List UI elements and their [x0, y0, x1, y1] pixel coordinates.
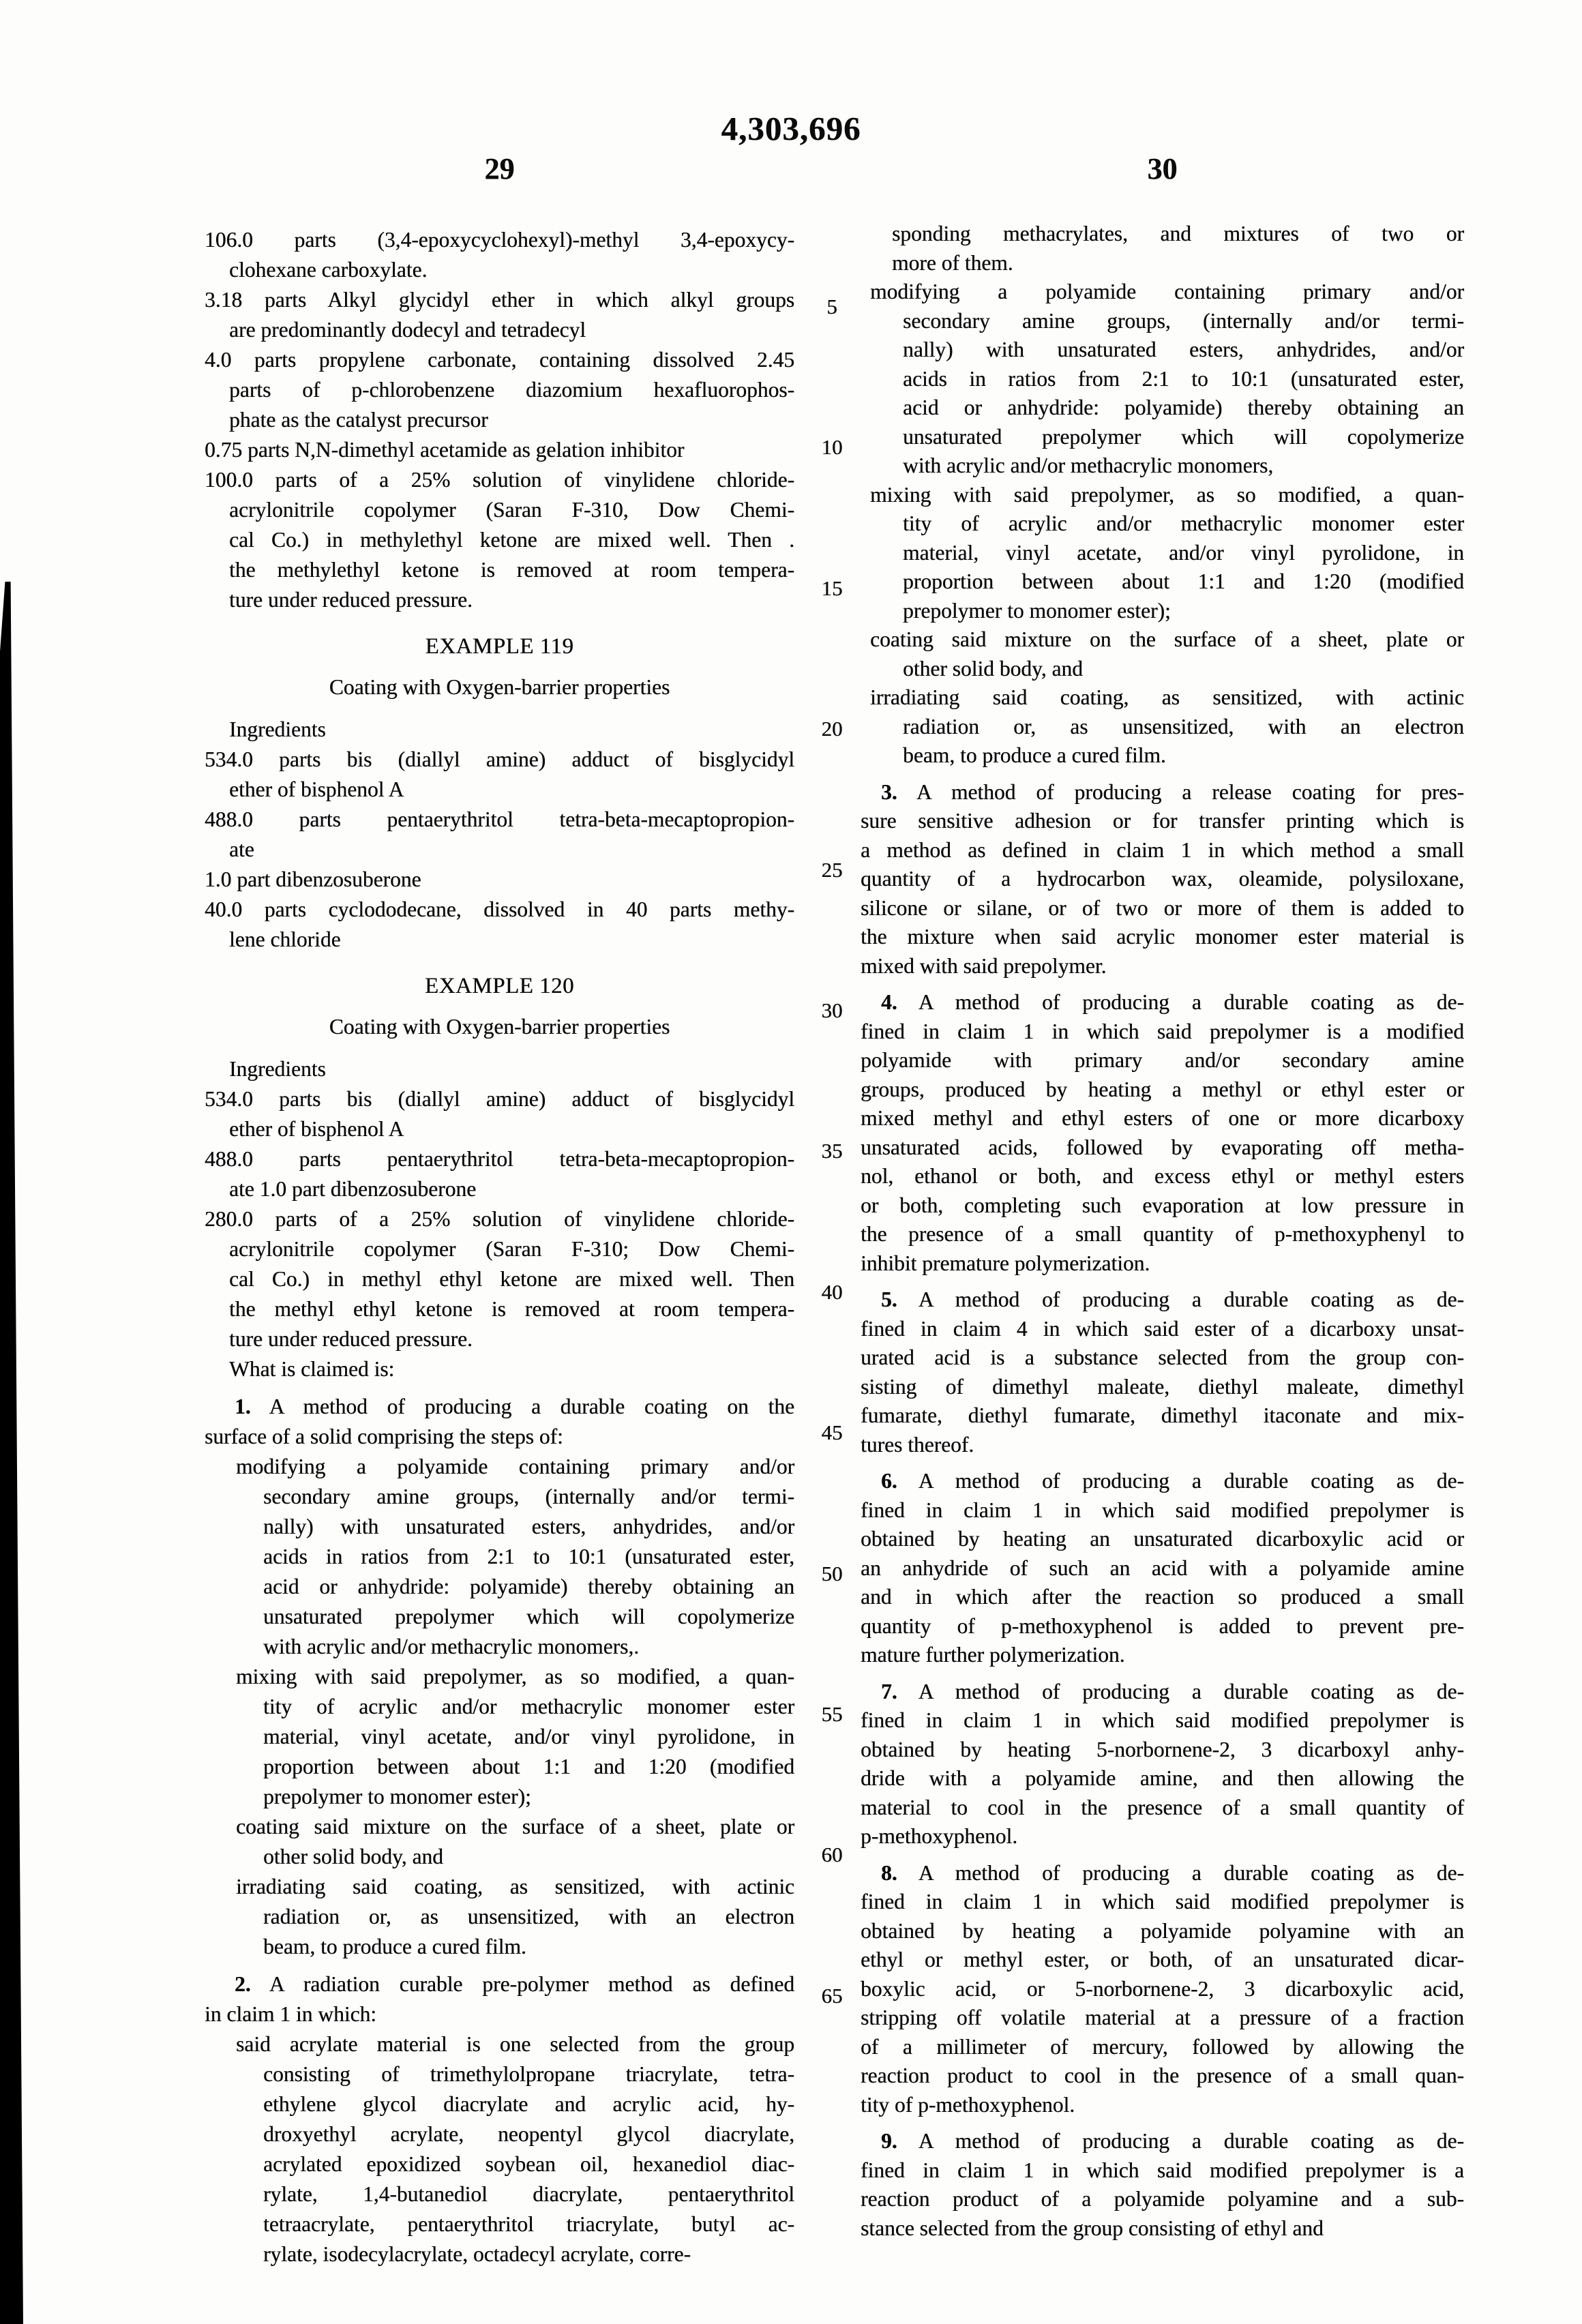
text-line: are predominantly dodecyl and tetradecyl [205, 315, 794, 345]
text-line: obtained by heating an unsaturated dicar… [861, 1525, 1464, 1554]
text-line: prepolymer to monomer ester); [236, 1782, 794, 1812]
text-line: Coating with Oxygen-barrier properties [205, 1012, 794, 1042]
text-line: acids in ratios from 2:1 to 10:1 (unsatu… [236, 1542, 794, 1572]
text-line: mature further polymerization. [861, 1641, 1464, 1670]
text-line: fined in claim 1 in which said modified … [861, 1888, 1464, 1917]
paragraph: irradiating said coating, as sensitized,… [870, 683, 1464, 771]
gutter-line-number: 5 [813, 295, 851, 319]
left-column: 106.0 parts (3,4-epoxycyclohexyl)-methyl… [205, 225, 794, 2269]
text-line: What is claimed is: [205, 1354, 794, 1384]
claim-number: 1. [235, 1395, 251, 1418]
text-line: irradiating said coating, as sensitized,… [236, 1872, 794, 1902]
text-line: lene chloride [205, 925, 794, 955]
text-line: prepolymer to monomer ester); [870, 597, 1464, 626]
text-line: silicone or silane, or of two or more of… [861, 894, 1464, 923]
text-line: material, vinyl acetate, and/or vinyl py… [236, 1722, 794, 1752]
paragraph: 9. A method of producing a durable coati… [861, 2127, 1464, 2243]
gutter-line-number: 50 [813, 1562, 851, 1586]
paragraph: 2. A radiation curable pre-polymer metho… [205, 1969, 794, 2029]
text-line: mixing with said prepolymer, as so modif… [870, 481, 1464, 510]
paragraph: 5. A method of producing a durable coati… [861, 1285, 1464, 1459]
text-line: the presence of a small quantity of p-me… [861, 1220, 1464, 1249]
text-line: radiation or, as unsensitized, with an e… [236, 1902, 794, 1932]
text-line: mixing with said prepolymer, as so modif… [236, 1662, 794, 1692]
gutter-line-number: 15 [813, 576, 851, 601]
text-line: 488.0 parts pentaerythritol tetra-beta-m… [205, 805, 794, 835]
text-line: tures thereof. [861, 1431, 1464, 1460]
text-line: the methylethyl ketone is removed at roo… [205, 555, 794, 585]
text-line: ture under reduced pressure. [205, 585, 794, 615]
text-line: inhibit premature polymerization. [861, 1249, 1464, 1279]
gutter-line-number: 20 [813, 717, 851, 741]
text-line: dride with a polyamide amine, and then a… [861, 1764, 1464, 1793]
paragraph: 488.0 parts pentaerythritol tetra-beta-m… [205, 1144, 794, 1204]
text-line: ether of bisphenol A [205, 775, 794, 805]
column-number-right: 30 [861, 151, 1464, 186]
paragraph: said acrylate material is one selected f… [236, 2029, 794, 2269]
text-line: secondary amine groups, (internally and/… [870, 307, 1464, 336]
text-line: material, vinyl acetate, and/or vinyl py… [870, 539, 1464, 568]
text-line: sisting of dimethyl maleate, diethyl mal… [861, 1373, 1464, 1402]
example-subheading: Coating with Oxygen-barrier properties [205, 672, 794, 702]
text-line: proportion between about 1:1 and 1:20 (m… [870, 567, 1464, 597]
text-line: acids in ratios from 2:1 to 10:1 (unsatu… [870, 365, 1464, 394]
text-line: tity of acrylic and/or methacrylic monom… [870, 509, 1464, 539]
text-line: 2. A radiation curable pre-polymer metho… [205, 1969, 794, 1999]
text-line: Ingredients [205, 1054, 794, 1084]
text-line: beam, to produce a cured film. [236, 1932, 794, 1962]
text-line: with acrylic and/or methacrylic monomers… [870, 451, 1464, 481]
text-line: coating said mixture on the surface of a… [870, 625, 1464, 655]
text-line: tetraacrylate, pentaerythritol triacryla… [236, 2209, 794, 2239]
text-line: 534.0 parts bis (diallyl amine) adduct o… [205, 745, 794, 775]
paragraph: sponding methacrylates, and mixtures of … [861, 220, 1464, 278]
paragraph: modifying a polyamide containing primary… [870, 278, 1464, 481]
text-line: nally) with unsaturated esters, anhydrid… [236, 1512, 794, 1542]
text-line: quantity of p-methoxyphenol is added to … [861, 1612, 1464, 1641]
claim-number: 6. [881, 1469, 897, 1493]
claim-number: 9. [881, 2129, 897, 2153]
gutter-line-number: 60 [813, 1843, 851, 1867]
text-line: stripping off volatile material at a pre… [861, 2003, 1464, 2033]
paragraph: 8. A method of producing a durable coati… [861, 1859, 1464, 2120]
text-line: stance selected from the group consistin… [861, 2214, 1464, 2244]
gutter-line-number: 35 [813, 1139, 851, 1163]
paragraph: What is claimed is: [205, 1354, 794, 1384]
text-line: 3.18 parts Alkyl glycidyl ether in which… [205, 285, 794, 315]
text-line: ethyl or methyl ester, or both, of an un… [861, 1946, 1464, 1975]
gutter-line-number: 25 [813, 858, 851, 882]
text-line: mixed with said prepolymer. [861, 952, 1464, 981]
text-line: unsaturated prepolymer which will copoly… [870, 423, 1464, 452]
text-line: 280.0 parts of a 25% solution of vinylid… [205, 1204, 794, 1234]
text-line: in claim 1 in which: [205, 1999, 794, 2029]
paragraph: 7. A method of producing a durable coati… [861, 1678, 1464, 1851]
text-line: material to cool in the presence of a sm… [861, 1793, 1464, 1823]
paragraph: 1.0 part dibenzosuberone [205, 865, 794, 895]
text-line: 40.0 parts cyclododecane, dissolved in 4… [205, 895, 794, 925]
text-line: mixed methyl and ethyl esters of one or … [861, 1104, 1464, 1133]
column-number-left: 29 [205, 151, 794, 186]
text-line: of a millimeter of mercury, followed by … [861, 2033, 1464, 2062]
text-line: cal Co.) in methyl ethyl ketone are mixe… [205, 1264, 794, 1294]
text-line: 488.0 parts pentaerythritol tetra-beta-m… [205, 1144, 794, 1174]
text-line: surface of a solid comprising the steps … [205, 1422, 794, 1452]
paragraph: 3.18 parts Alkyl glycidyl ether in which… [205, 285, 794, 345]
text-line: Coating with Oxygen-barrier properties [205, 672, 794, 702]
text-line: urated acid is a substance selected from… [861, 1343, 1464, 1373]
text-line: acrylonitrile copolymer (Saran F-310, Do… [205, 495, 794, 525]
text-line: an anhydride of such an acid with a poly… [861, 1554, 1464, 1583]
text-line: 8. A method of producing a durable coati… [861, 1859, 1464, 1888]
text-line: nol, ethanol or both, and excess ethyl o… [861, 1162, 1464, 1191]
paragraph: mixing with said prepolymer, as so modif… [870, 481, 1464, 626]
text-line: ate [205, 835, 794, 865]
text-line: a method as defined in claim 1 in which … [861, 836, 1464, 865]
text-line: consisting of trimethylolpropane triacry… [236, 2059, 794, 2089]
paragraph: 3. A method of producing a release coati… [861, 778, 1464, 981]
text-line: 4. A method of producing a durable coati… [861, 988, 1464, 1017]
text-line: proportion between about 1:1 and 1:20 (m… [236, 1752, 794, 1782]
text-line: nally) with unsaturated esters, anhydrid… [870, 336, 1464, 365]
text-line: or both, completing such evaporation at … [861, 1191, 1464, 1221]
paragraph: 106.0 parts (3,4-epoxycyclohexyl)-methyl… [205, 225, 794, 285]
text-line: acid or anhydride: polyamide) thereby ob… [236, 1572, 794, 1602]
paragraph: irradiating said coating, as sensitized,… [236, 1872, 794, 1962]
text-line: EXAMPLE 119 [205, 631, 794, 661]
text-line: fined in claim 1 in which said modified … [861, 1496, 1464, 1525]
patent-page: 4,303,696 29 30 106.0 parts (3,4-epoxycy… [0, 0, 1582, 2324]
text-line: 106.0 parts (3,4-epoxycyclohexyl)-methyl… [205, 225, 794, 255]
right-column: sponding methacrylates, and mixtures of … [861, 220, 1464, 2243]
paragraph: 534.0 parts bis (diallyl amine) adduct o… [205, 745, 794, 805]
text-line: fined in claim 4 in which said ester of … [861, 1315, 1464, 1344]
text-line: the methyl ethyl ketone is removed at ro… [205, 1294, 794, 1324]
text-line: beam, to produce a cured film. [870, 741, 1464, 771]
paragraph: 534.0 parts bis (diallyl amine) adduct o… [205, 1084, 794, 1144]
paragraph: 4.0 parts propylene carbonate, containin… [205, 345, 794, 435]
text-line: rylate, 1,4-butanediol diacrylate, penta… [236, 2179, 794, 2209]
claim-number: 5. [881, 1287, 897, 1311]
text-line: EXAMPLE 120 [205, 971, 794, 1001]
example-heading: EXAMPLE 119 [205, 631, 794, 661]
example-subheading: Coating with Oxygen-barrier properties [205, 1012, 794, 1042]
text-line: rylate, isodecylacrylate, octadecyl acry… [236, 2239, 794, 2269]
gutter-line-number: 65 [813, 1984, 851, 2008]
gutter-line-number: 30 [813, 998, 851, 1023]
paragraph: 40.0 parts cyclododecane, dissolved in 4… [205, 895, 794, 955]
text-line: ture under reduced pressure. [205, 1324, 794, 1354]
text-line: sponding methacrylates, and mixtures of … [861, 220, 1464, 249]
text-line: fined in claim 1 in which said prepolyme… [861, 1017, 1464, 1047]
claim-number: 2. [235, 1972, 251, 1996]
text-line: cal Co.) in methylethyl ketone are mixed… [205, 525, 794, 555]
text-line: fined in claim 1 in which said modified … [861, 1706, 1464, 1735]
text-line: 0.75 parts N,N-dimethyl acetamide as gel… [205, 435, 794, 465]
text-line: unsaturated acids, followed by evaporati… [861, 1133, 1464, 1163]
paragraph: coating said mixture on the surface of a… [236, 1812, 794, 1872]
text-line: said acrylate material is one selected f… [236, 2029, 794, 2059]
text-line: 1.0 part dibenzosuberone [205, 865, 794, 895]
text-line: groups, produced by heating a methyl or … [861, 1075, 1464, 1105]
paragraph: modifying a polyamide containing primary… [236, 1452, 794, 1662]
text-line: ate 1.0 part dibenzosuberone [205, 1174, 794, 1204]
text-line: acrylonitrile copolymer (Saran F-310; Do… [205, 1234, 794, 1264]
text-line: more of them. [861, 249, 1464, 278]
text-line: sure sensitive adhesion or for transfer … [861, 807, 1464, 836]
paragraph: 4. A method of producing a durable coati… [861, 988, 1464, 1278]
paragraph: Ingredients [205, 1054, 794, 1084]
text-line: obtained by heating a polyamide polyamin… [861, 1917, 1464, 1946]
text-line: phate as the catalyst precursor [205, 405, 794, 435]
gutter-line-number: 10 [813, 435, 851, 460]
claim-number: 4. [881, 990, 897, 1014]
paragraph: Ingredients [205, 715, 794, 745]
claim-number: 3. [881, 780, 897, 804]
example-heading: EXAMPLE 120 [205, 971, 794, 1001]
text-line: p-methoxyphenol. [861, 1822, 1464, 1851]
claim-number: 7. [881, 1680, 897, 1703]
text-line: droxyethyl acrylate, neopentyl glycol di… [236, 2119, 794, 2149]
text-line: with acrylic and/or methacrylic monomers… [236, 1632, 794, 1662]
text-line: irradiating said coating, as sensitized,… [870, 683, 1464, 713]
text-line: 534.0 parts bis (diallyl amine) adduct o… [205, 1084, 794, 1114]
text-line: 6. A method of producing a durable coati… [861, 1467, 1464, 1496]
text-line: modifying a polyamide containing primary… [870, 278, 1464, 307]
gutter-line-number: 55 [813, 1702, 851, 1727]
patent-number: 4,303,696 [0, 109, 1582, 148]
claim-number: 8. [881, 1861, 897, 1885]
text-line: fumarate, diethyl fumarate, dimethyl ita… [861, 1401, 1464, 1431]
text-line: ethylene glycol diacrylate and acrylic a… [236, 2089, 794, 2119]
text-line: boxylic acid, or 5-norbornene-2, 3 dicar… [861, 1975, 1464, 2004]
text-line: coating said mixture on the surface of a… [236, 1812, 794, 1842]
scan-artifact [0, 582, 23, 2324]
text-line: polyamide with primary and/or secondary … [861, 1046, 1464, 1075]
paragraph: 280.0 parts of a 25% solution of vinylid… [205, 1204, 794, 1354]
text-line: secondary amine groups, (internally and/… [236, 1482, 794, 1512]
text-line: unsaturated prepolymer which will copoly… [236, 1602, 794, 1632]
text-line: tity of acrylic and/or methacrylic monom… [236, 1692, 794, 1722]
text-line: 5. A method of producing a durable coati… [861, 1285, 1464, 1315]
text-line: quantity of a hydrocarbon wax, oleamide,… [861, 865, 1464, 894]
paragraph: 6. A method of producing a durable coati… [861, 1467, 1464, 1670]
text-line: 100.0 parts of a 25% solution of vinylid… [205, 465, 794, 495]
text-line: acid or anhydride: polyamide) thereby ob… [870, 393, 1464, 423]
text-line: reaction product of a polyamide polyamin… [861, 2185, 1464, 2214]
text-line: 7. A method of producing a durable coati… [861, 1678, 1464, 1707]
text-line: acrylated epoxidized soybean oil, hexane… [236, 2149, 794, 2179]
paragraph: 0.75 parts N,N-dimethyl acetamide as gel… [205, 435, 794, 465]
gutter-line-number: 45 [813, 1420, 851, 1445]
text-line: 9. A method of producing a durable coati… [861, 2127, 1464, 2156]
text-line: clohexane carboxylate. [205, 255, 794, 285]
paragraph: coating said mixture on the surface of a… [870, 625, 1464, 683]
text-line: fined in claim 1 in which said modified … [861, 2156, 1464, 2186]
text-line: tity of p-methoxyphenol. [861, 2091, 1464, 2120]
text-line: ether of bisphenol A [205, 1114, 794, 1144]
text-line: radiation or, as unsensitized, with an e… [870, 713, 1464, 742]
text-line: modifying a polyamide containing primary… [236, 1452, 794, 1482]
paragraph: 1. A method of producing a durable coati… [205, 1392, 794, 1452]
paragraph: 488.0 parts pentaerythritol tetra-beta-m… [205, 805, 794, 865]
text-line: other solid body, and [870, 655, 1464, 684]
text-line: parts of p-chlorobenzene diazomium hexaf… [205, 375, 794, 405]
text-line: and in which after the reaction so produ… [861, 1583, 1464, 1612]
gutter-line-number: 40 [813, 1280, 851, 1305]
text-line: other solid body, and [236, 1842, 794, 1872]
text-line: Ingredients [205, 715, 794, 745]
text-line: 3. A method of producing a release coati… [861, 778, 1464, 807]
paragraph: 100.0 parts of a 25% solution of vinylid… [205, 465, 794, 615]
text-line: obtained by heating 5-norbornene-2, 3 di… [861, 1735, 1464, 1765]
text-line: 4.0 parts propylene carbonate, containin… [205, 345, 794, 375]
text-line: 1. A method of producing a durable coati… [205, 1392, 794, 1422]
text-line: the mixture when said acrylic monomer es… [861, 923, 1464, 952]
paragraph: mixing with said prepolymer, as so modif… [236, 1662, 794, 1812]
text-line: reaction product to cool in the presence… [861, 2061, 1464, 2091]
